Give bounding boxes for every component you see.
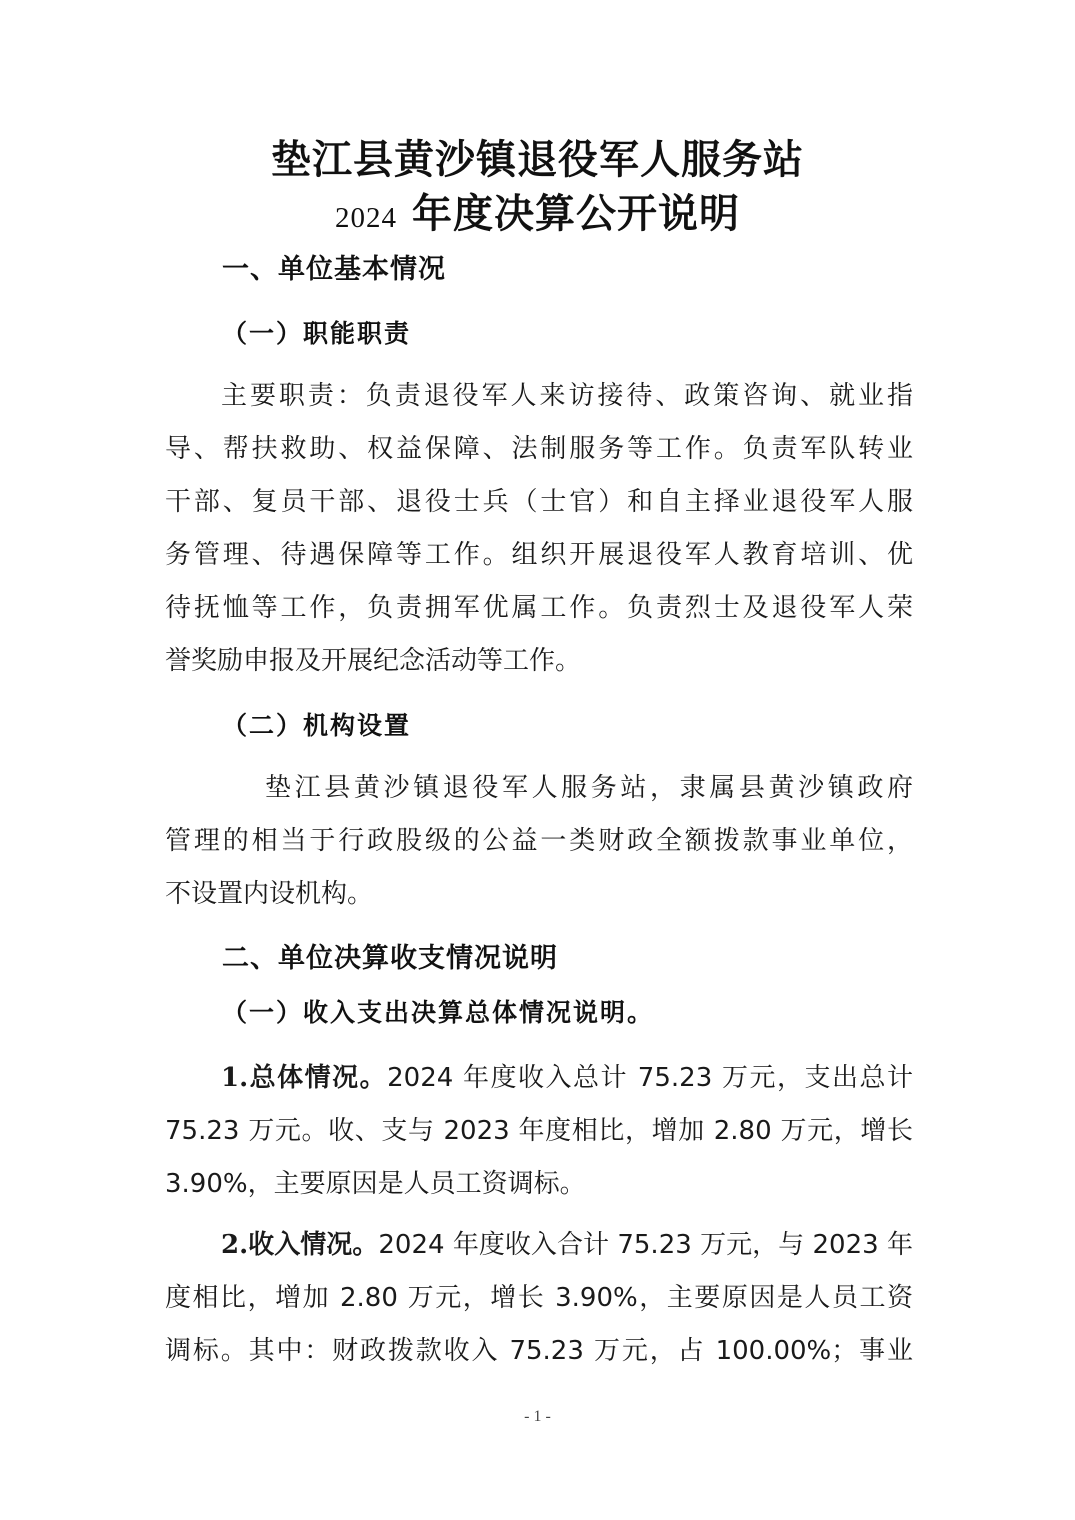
text-line: 誉奖励申报及开展纪念活动等工作。	[165, 635, 913, 688]
text-line: 不设置内设机构。	[165, 868, 913, 921]
text-line: 待抚恤等工作，负责拥军优属工作。负责烈士及退役军人荣	[165, 582, 913, 635]
text-line: 75.23 万元。收、支与 2023 年度相比，增加 2.80 万元，增长	[165, 1105, 913, 1158]
text-line: 3.90%，主要原因是人员工资调标。	[165, 1158, 913, 1211]
title-year: 2024	[335, 202, 397, 234]
text-line: 导、帮扶救助、权益保障、法制服务等工作。负责军队转业	[165, 423, 913, 476]
text-line: 务管理、待遇保障等工作。组织开展退役军人教育培训、优	[165, 529, 913, 582]
paragraph-overall: 1.总体情况。2024 年度收入总计 75.23 万元，支出总计 75.23 万…	[165, 1052, 913, 1211]
document-title-line1: 垫江县黄沙镇退役军人服务站	[0, 136, 1075, 184]
title-text: 年度决算公开说明	[397, 190, 740, 237]
item-lead: 2.收入情况。	[221, 1230, 378, 1260]
subsection-heading-functions: （一）职能职责	[222, 317, 411, 351]
item-text: 2024 年度收入总计 75.23 万元，支出总计	[387, 1063, 913, 1093]
text-line: 调标。其中：财政拨款收入 75.23 万元，占 100.00%；事业	[165, 1325, 913, 1378]
section-heading-1: 一、单位基本情况	[222, 253, 446, 287]
document-title-line2: 2024 年度决算公开说明	[0, 190, 1075, 242]
paragraph-income: 2.收入情况。2024 年度收入合计 75.23 万元，与 2023 年 度相比…	[165, 1219, 913, 1378]
text-line: 1.总体情况。2024 年度收入总计 75.23 万元，支出总计	[165, 1052, 913, 1105]
paragraph-functions: 主要职责：负责退役军人来访接待、政策咨询、就业指 导、帮扶救助、权益保障、法制服…	[165, 370, 913, 688]
paragraph-organization: 垫江县黄沙镇退役军人服务站，隶属县黄沙镇政府 管理的相当于行政股级的公益一类财政…	[165, 762, 913, 921]
item-lead: 1.总体情况。	[221, 1063, 387, 1093]
text-line: 主要职责：负责退役军人来访接待、政策咨询、就业指	[165, 370, 913, 423]
text-line: 度相比，增加 2.80 万元，增长 3.90%，主要原因是人员工资	[165, 1272, 913, 1325]
page-number: - 1 -	[0, 1408, 1075, 1426]
item-text: 2024 年度收入合计 75.23 万元，与 2023 年	[378, 1230, 913, 1260]
text-line: 2.收入情况。2024 年度收入合计 75.23 万元，与 2023 年	[165, 1219, 913, 1272]
section-heading-2: 二、单位决算收支情况说明	[222, 942, 558, 976]
document-page: 垫江县黄沙镇退役军人服务站 2024 年度决算公开说明 一、单位基本情况 （一）…	[0, 0, 1075, 1520]
subsection-heading-organization: （二）机构设置	[222, 709, 411, 743]
text-line: 干部、复员干部、退役士兵（士官）和自主择业退役军人服	[165, 476, 913, 529]
subsection-heading-overview: （一）收入支出决算总体情况说明。	[222, 996, 654, 1030]
text-line: 垫江县黄沙镇退役军人服务站，隶属县黄沙镇政府	[165, 762, 913, 815]
text-line: 管理的相当于行政股级的公益一类财政全额拨款事业单位，	[165, 815, 913, 868]
